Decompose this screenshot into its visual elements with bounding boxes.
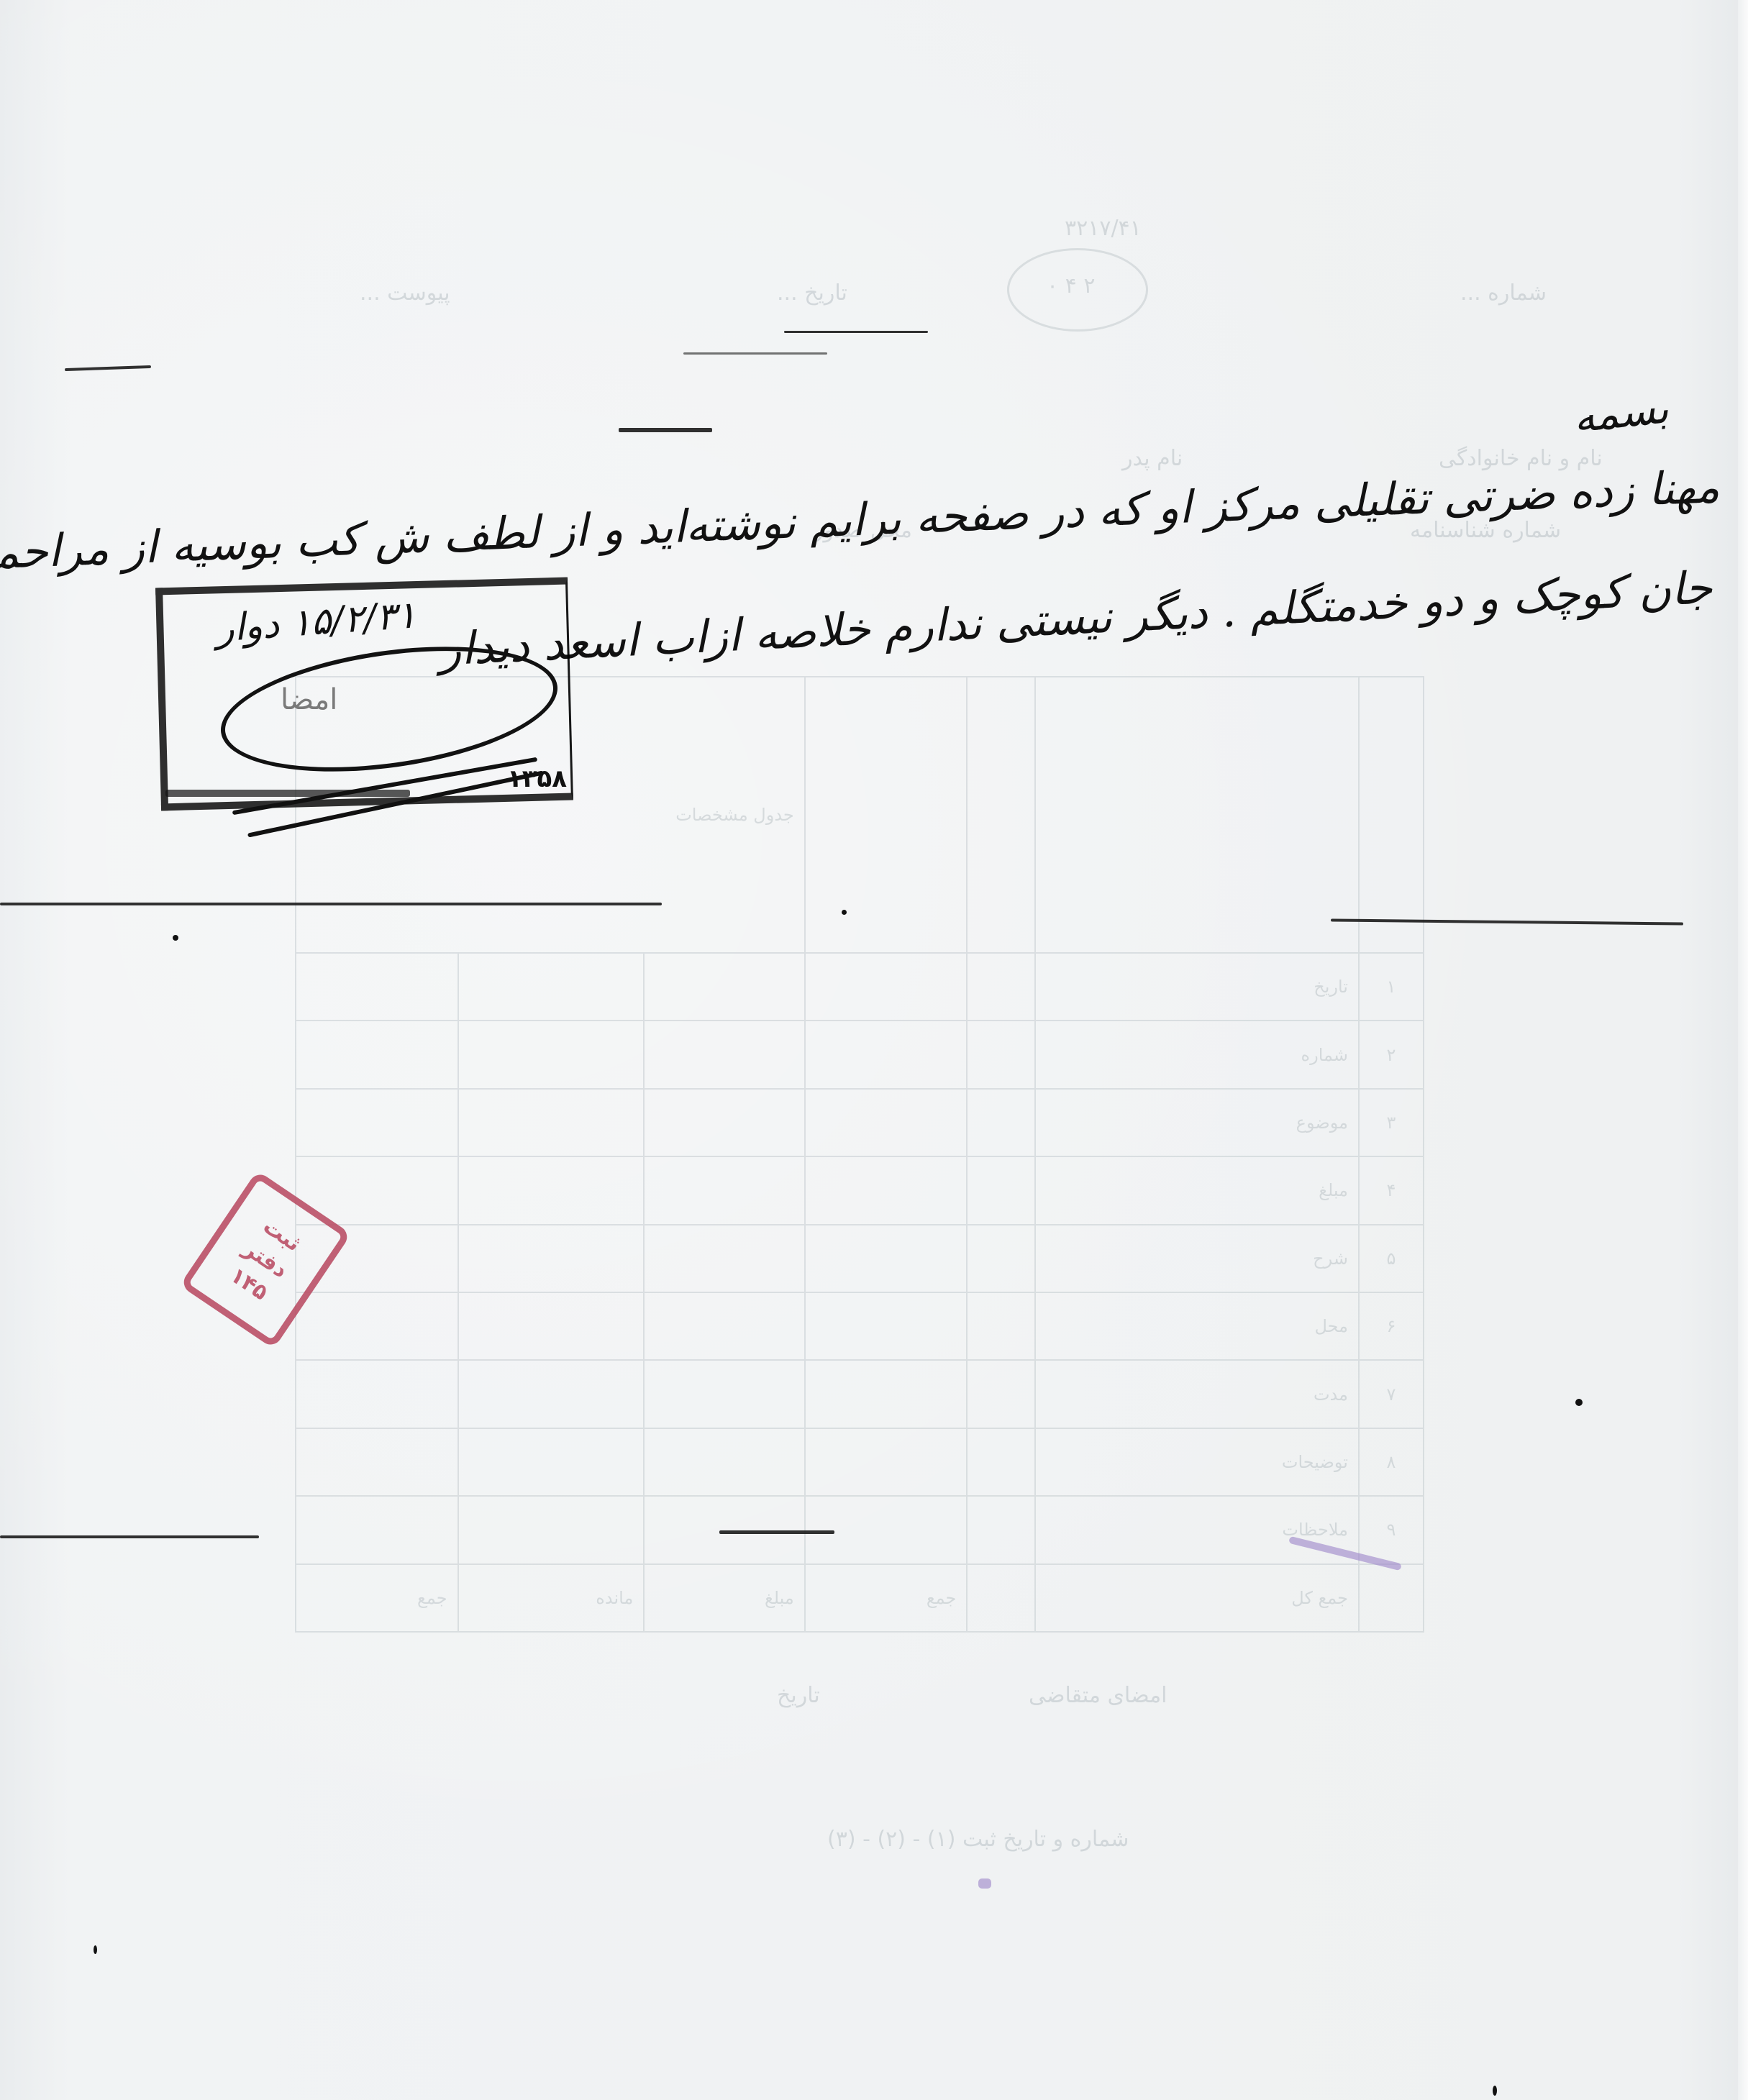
scan-speck xyxy=(842,910,847,915)
rule-lower-left xyxy=(0,1535,259,1538)
scan-speck xyxy=(1575,1399,1583,1406)
signature-oval-text: امضا xyxy=(281,683,337,716)
letter-line-2: جان کوچک و دو خدمتگلم . دیگر نیستی ندارم… xyxy=(438,561,1713,675)
ghost-footer-note: شماره و تاریخ ثبت (۱) - (۲) - (۳) xyxy=(827,1827,1129,1852)
ghost-total-cell: جمع xyxy=(805,1564,968,1632)
ghost-row-number: ۲ xyxy=(1359,1021,1424,1088)
scanned-page: شماره ... ۲ ۴ ۰ ۳۲۱۷/۴۱ تاریخ ... پیوست … xyxy=(0,0,1748,2100)
rule-middle-left xyxy=(0,903,662,905)
purple-mark-2 xyxy=(978,1878,991,1889)
ghost-table-row: تاریخ۱ xyxy=(296,953,1424,1021)
ghost-table-row: ملاحظات۹ xyxy=(296,1496,1424,1563)
ghost-total-label: جمع کل xyxy=(1035,1564,1359,1632)
ghost-header-field-3: تاریخ ... xyxy=(777,280,847,306)
ghost-row-number: ۴ xyxy=(1359,1156,1424,1224)
ghost-table-row: موضوع۳ xyxy=(296,1089,1424,1156)
signature-year: ۱۳۵۸ xyxy=(507,764,567,793)
scan-speck xyxy=(1493,2086,1497,2096)
ghost-row-label: شرح xyxy=(1035,1225,1359,1292)
ghost-table-row: محل۶ xyxy=(296,1292,1424,1360)
rule-lower-mid xyxy=(719,1530,834,1534)
ghost-footer-date: تاریخ xyxy=(777,1683,820,1708)
ghost-row-number: ۱ xyxy=(1359,953,1424,1021)
ghost-table-total-row: جمعماندهمبلغجمعجمع کل xyxy=(296,1564,1424,1632)
ghost-row-label: مبلغ xyxy=(1035,1156,1359,1224)
rule-top-mid xyxy=(784,331,928,333)
ghost-total-cell: جمع xyxy=(296,1564,458,1632)
ghost-row-label: شماره xyxy=(1035,1021,1359,1088)
ghost-row-number: ۸ xyxy=(1359,1428,1424,1496)
page-edge xyxy=(1738,0,1748,2100)
signature-box-bottom xyxy=(165,790,410,797)
ghost-header-field-2: ۲ ۴ ۰ xyxy=(1047,273,1095,298)
scan-speck xyxy=(173,935,178,941)
ghost-row-label: ملاحظات xyxy=(1035,1496,1359,1563)
ghost-header-field-1: شماره ... xyxy=(1460,280,1547,306)
ghost-row-label: موضوع xyxy=(1035,1089,1359,1156)
ghost-row-number: ۳ xyxy=(1359,1089,1424,1156)
ghost-row-label: محل xyxy=(1035,1292,1359,1360)
letter-salutation: بسمه xyxy=(1571,383,1671,442)
rule-dash xyxy=(619,428,712,432)
ghost-table-row: شماره۲ xyxy=(296,1021,1424,1088)
ghost-table-row: توضیحات۸ xyxy=(296,1428,1424,1496)
scan-speck xyxy=(94,1945,97,1954)
ghost-row-number: ۶ xyxy=(1359,1292,1424,1360)
ghost-footer-sign: امضای متقاضی xyxy=(1029,1683,1167,1708)
ghost-row-number: ۷ xyxy=(1359,1360,1424,1428)
ghost-header-field-4: پیوست ... xyxy=(360,280,450,306)
ghost-total-cell: مانده xyxy=(458,1564,645,1632)
ghost-row-label: توضیحات xyxy=(1035,1428,1359,1496)
ghost-row-number: ۹ xyxy=(1359,1496,1424,1563)
rule-top-left xyxy=(65,365,151,371)
ghost-row-number: ۵ xyxy=(1359,1225,1424,1292)
ghost-table-row: مبلغ۴ xyxy=(296,1156,1424,1224)
rule-top-mid-2 xyxy=(683,352,827,355)
ghost-header-number: ۳۲۱۷/۴۱ xyxy=(1065,216,1142,241)
ghost-table-row: مدت۷ xyxy=(296,1360,1424,1428)
ghost-field-father: نام پدر xyxy=(1122,446,1183,471)
ghost-row-label: مدت xyxy=(1035,1360,1359,1428)
ghost-table-row: شرح۵ xyxy=(296,1225,1424,1292)
ghost-total-cell: مبلغ xyxy=(644,1564,804,1632)
ghost-table: جدول مشخصات تاریخ۱شماره۲موضوع۳مبلغ۴شرح۵م… xyxy=(295,676,1424,1633)
ghost-row-label: تاریخ xyxy=(1035,953,1359,1021)
